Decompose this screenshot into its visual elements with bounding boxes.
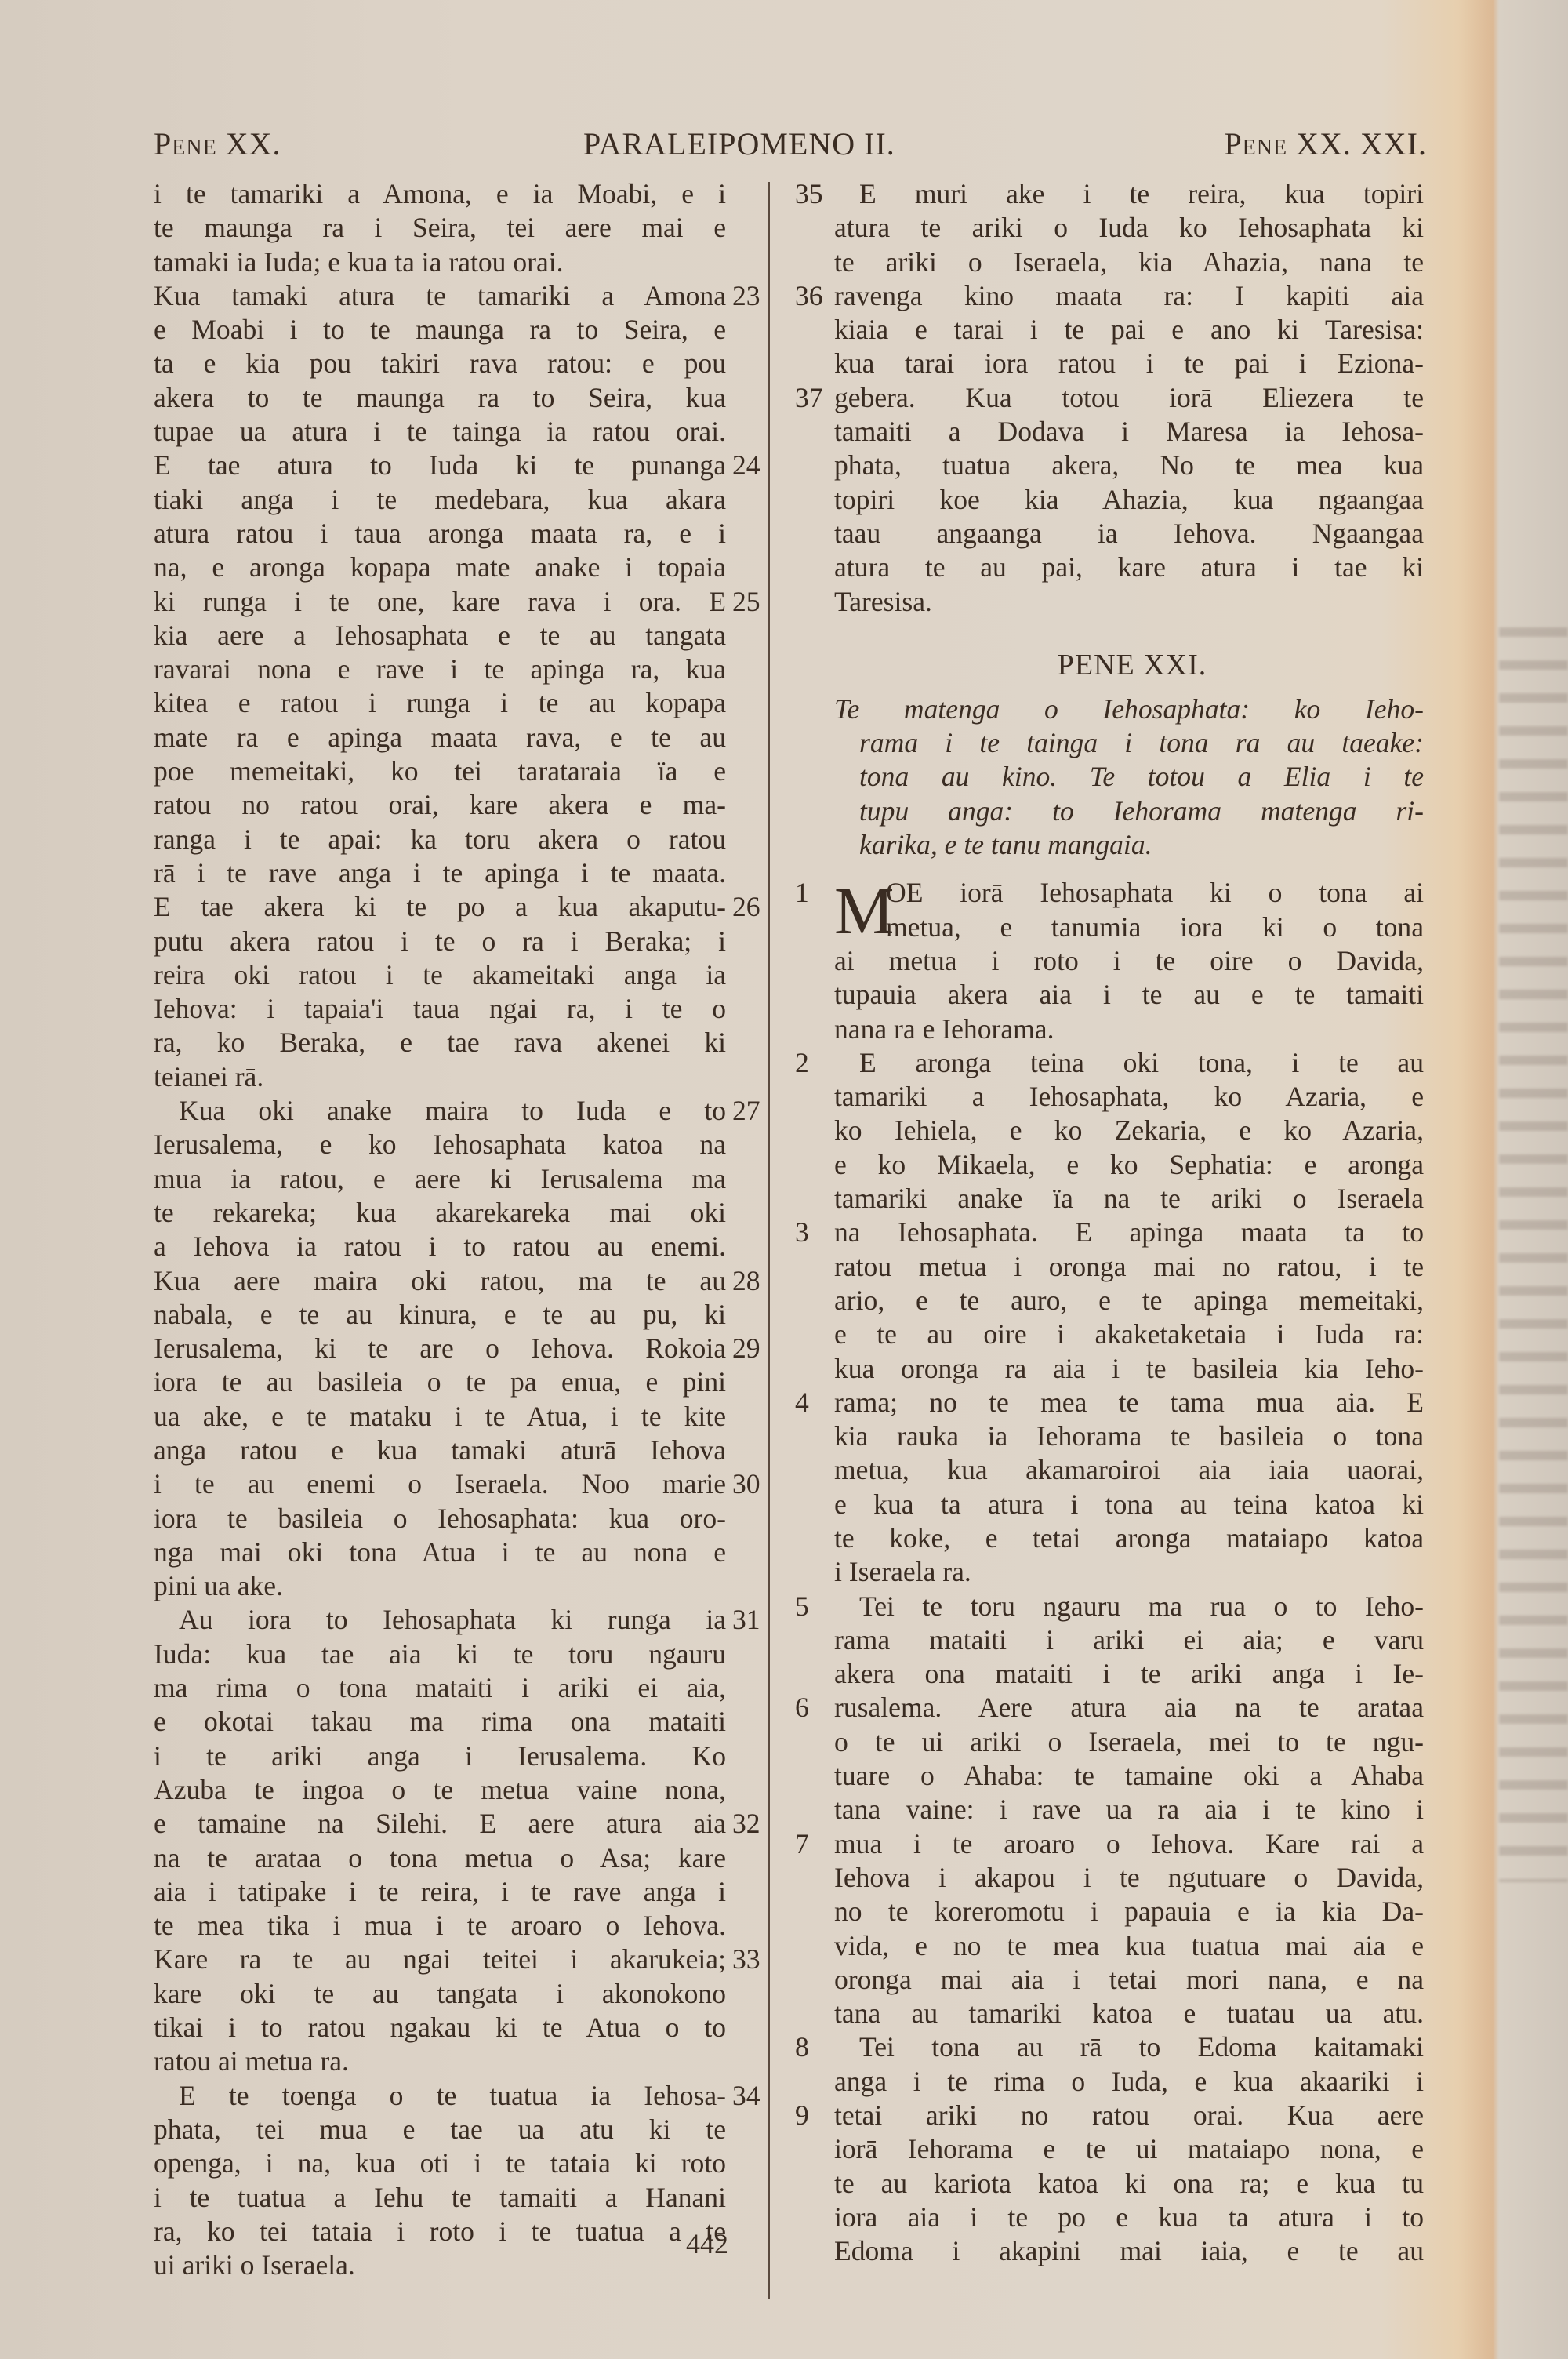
line-text: atura te ariki o Iuda ko Iehosaphata ki [834,211,1424,245]
verse-number: 9 [795,2099,809,2132]
text-line: mua i te aroaro o Iehova. Kare rai a7 [787,1827,1430,1861]
text-line: ranga i te apai: ka toru akera o ratou [154,823,781,856]
verse-number: 33 [732,1943,760,1976]
text-line: te koke, e tetai aronga mataiapo katoa [787,1521,1430,1555]
text-line: ko Iehiela, e ko Zekaria, e ko Azaria, [787,1114,1430,1147]
verse-number: 2 [795,1046,809,1080]
line-text: te maunga ra i Seira, tei aere mai e [154,211,726,245]
right-column: E muri ake i te reira, kua topiri35atura… [787,177,1430,2269]
text-line: Iehova: i tapaia'i taua ngai ra, i te o [154,992,781,1026]
text-line: Azuba te ingoa o te metua vaine nona, [154,1773,781,1807]
summary-line: karika, e te tanu mangaia. [834,828,1424,862]
chapter-20-conclusion: E muri ake i te reira, kua topiri35atura… [787,177,1430,619]
text-line: metua, kua akamaroiroi aia iaia uaorai, [787,1453,1430,1487]
text-line: a Iehova ia ratou i to ratou au enemi. [154,1230,781,1263]
verse-number: 37 [795,381,823,415]
text-line: ravenga kino maata ra: I kapiti aia36 [787,279,1430,313]
line-text: aia i tatipake i te reira, i te rave ang… [154,1875,726,1909]
line-text: ua ake, e te mataku i te Atua, i te kite [154,1400,726,1434]
line-text: metua, kua akamaroiroi aia iaia uaorai, [834,1453,1424,1487]
verse-number: 28 [732,1264,760,1298]
line-text: tikai i to ratou ngakau ki te Atua o to [154,2011,726,2045]
text-line: e kua ta atura i tona au teina katoa ki [787,1488,1430,1521]
text-line: nabala, e te au kinura, e te au pu, ki [154,1298,781,1332]
text-line: phata, tuatua akera, No te mea kua [787,449,1430,482]
book-page: Pene XX. PARALEIPOMENO II. Pene XX. XXI.… [0,0,1568,2359]
verse-number: 32 [732,1807,760,1841]
line-text: e ko Mikaela, e ko Sephatia: e aronga [834,1148,1424,1182]
text-line: o te ui ariki o Iseraela, mei to te ngu- [787,1725,1430,1759]
text-line: te ariki o Iseraela, kia Ahazia, nana te [787,245,1430,279]
line-text: i te tamariki a Amona, e ia Moabi, e i [154,177,726,211]
verse-number: 26 [732,890,760,924]
running-head: Pene XX. PARALEIPOMENO II. Pene XX. XXI. [154,125,1427,165]
text-line: Edoma i akapini mai iaia, e te au [787,2234,1430,2268]
text-line: tana vaine: i rave ua ra aia i te kino i [787,1793,1430,1826]
line-text: nabala, e te au kinura, e te au pu, ki [154,1298,726,1332]
text-line: poe memeitaki, ko tei tarataraia ïa e [154,754,781,788]
line-text: Iehova i akapou i te ngutuare o Davida, [834,1861,1424,1895]
line-text: ai metua i roto i te oire o Davida, [834,944,1424,978]
summary-line: tupu anga: to Iehorama matenga ri- [834,794,1424,828]
line-text: e Moabi i to te maunga ra to Seira, e [154,313,726,347]
line-text: na, e aronga kopapa mate anake i topaia [154,551,726,584]
text-line: Iuda: kua tae aia ki te toru ngauru [154,1637,781,1671]
text-line: nga mai oki tona Atua i te au nona e [154,1536,781,1569]
text-line: Ierusalema, ki te are o Iehova. Rokoia29 [154,1332,781,1365]
text-line: Kua oki anake maira to Iuda e to27 [154,1094,781,1128]
line-text: tiaki anga i te medebara, kua akara [154,483,726,517]
text-line: openga, i na, kua oti i te tataia ki rot… [154,2146,781,2180]
text-line: iora te au basileia o te pa enua, e pini [154,1365,781,1399]
text-line: tamaiti a Dodava i Maresa ia Iehosa- [787,415,1430,449]
line-text: iora te au basileia o te pa enua, e pini [154,1365,726,1399]
text-line: atura te ariki o Iuda ko Iehosaphata ki [787,211,1430,245]
text-line: te maunga ra i Seira, tei aere mai e [154,211,781,245]
verse-number: 3 [795,1216,809,1249]
text-line: tamariki a Iehosaphata, ko Azaria, e [787,1080,1430,1114]
text-line: Iehova i akapou i te ngutuare o Davida, [787,1861,1430,1895]
text-line: iora aia i te po e kua ta atura i to [787,2201,1430,2234]
text-line: akera to te maunga ra to Seira, kua [154,381,781,415]
verse-number: 24 [732,449,760,482]
text-line: kua oronga ra aia i te basileia kia Ieho… [787,1352,1430,1386]
text-line: te rekareka; kua akarekareka mai oki [154,1196,781,1230]
text-line: ra, ko Beraka, e tae rava akenei ki [154,1026,781,1060]
line-text: e te au oire i akaketaketaia i Iuda ra: [834,1318,1424,1351]
line-text: tetai ariki no ratou orai. Kua aere [834,2099,1424,2132]
text-line: Tei tona au rā to Edoma kaitamaki8 [787,2030,1430,2064]
line-text: topiri koe kia Ahazia, kua ngaangaa [834,483,1424,517]
line-text: phata, tuatua akera, No te mea kua [834,449,1424,482]
text-line: rama mataiti i ariki ei aia; e varu [787,1623,1430,1657]
text-line: tupauia akera aia i te au e te tamaiti [787,978,1430,1012]
line-text: E tae akera ki te po a kua akaputu- [154,890,726,924]
verse-number: 31 [732,1603,760,1637]
line-text: tamariki anake ïa na te ariki o Iseraela [834,1182,1424,1216]
line-text: te ariki o Iseraela, kia Ahazia, nana te [834,245,1424,279]
line-text: OE iorā Iehosaphata ki o tona ai [834,876,1424,910]
line-text: ko Iehiela, e ko Zekaria, e ko Azaria, [834,1114,1424,1147]
text-line: i te au enemi o Iseraela. Noo marie30 [154,1467,781,1501]
line-text: Kua tamaki atura te tamariki a Amona [154,279,726,313]
line-text: gebera. Kua totou iorā Eliezera te [834,381,1424,415]
line-text: Ierusalema, ki te are o Iehova. Rokoia [154,1332,726,1365]
line-text: tupae ua atura i te tainga ia ratou orai… [154,415,726,449]
text-line: ta e kia pou takiri rava ratou: e pou [154,347,781,380]
line-text: ratou metua i oronga mai no ratou, i te [834,1250,1424,1284]
text-line: topiri koe kia Ahazia, kua ngaangaa [787,483,1430,517]
verse-number: 25 [732,585,760,619]
text-line: te mea tika i mua i te aroaro o Iehova. [154,1909,781,1943]
text-line: ratou metua i oronga mai no ratou, i te [787,1250,1430,1284]
line-text: ta e kia pou takiri rava ratou: e pou [154,347,726,380]
line-text: phata, tei mua e tae ua atu ki te [154,2113,726,2146]
text-line: tamariki anake ïa na te ariki o Iseraela [787,1182,1430,1216]
line-text: ravenga kino maata ra: I kapiti aia [834,279,1424,313]
text-line: e te au oire i akaketaketaia i Iuda ra: [787,1318,1430,1351]
line-text: kua oronga ra aia i te basileia kia Ieho… [834,1352,1424,1386]
line-text: atura te au pai, kare atura i tae ki [834,551,1424,584]
text-line: pini ua ake. [154,1569,781,1603]
line-text: kare oki te au tangata i akonokono [154,1977,726,2011]
text-line: ravarai nona e rave i te apinga ra, kua [154,652,781,686]
line-text: te koke, e tetai aronga mataiapo katoa [834,1521,1424,1555]
line-text: ratou no ratou orai, kare akera e ma- [154,788,726,822]
line-text: tamaiti a Dodava i Maresa ia Iehosa- [834,415,1424,449]
line-text: rama; no te mea te tama mua aia. E [834,1386,1424,1419]
text-line: Au iora to Iehosaphata ki runga ia31 [154,1603,781,1637]
line-text: Kua aere maira oki ratou, ma te au [154,1264,726,1298]
line-text: rama mataiti i ariki ei aia; e varu [834,1623,1424,1657]
line-text: reira oki ratou i te akameitaki anga ia [154,958,726,992]
text-line: ai metua i roto i te oire o Davida, [787,944,1430,978]
text-line: ua ake, e te mataku i te Atua, i te kite [154,1400,781,1434]
line-text: ario, e te auro, e te apinga memeitaki, [834,1284,1424,1318]
text-line: Tei te toru ngauru ma rua o to Ieho-5 [787,1590,1430,1623]
left-column: i te tamariki a Amona, e ia Moabi, e ite… [154,177,781,2282]
line-text: Kare ra te au ngai teitei i akarukeia; [154,1943,726,1976]
line-text: o te ui ariki o Iseraela, mei to te ngu- [834,1725,1424,1759]
line-text: ui ariki o Iseraela. [154,2248,726,2282]
text-line: i te tamariki a Amona, e ia Moabi, e i [154,177,781,211]
line-text: te au kariota katoa ki ona ra; e kua tu [834,2167,1424,2201]
text-line: teianei rā. [154,1060,781,1094]
text-line: rusalema. Aere atura aia na te arataa6 [787,1691,1430,1725]
line-text: kia aere a Iehosaphata e te au tangata [154,619,726,652]
line-text: anga i te rima o Iuda, e kua akaariki i [834,2065,1424,2099]
text-line: aia i tatipake i te reira, i te rave ang… [154,1875,781,1909]
verse-number: 27 [732,1094,760,1128]
line-text: e kua ta atura i tona au teina katoa ki [834,1488,1424,1521]
line-text: ratou ai metua ra. [154,2045,726,2078]
line-text: no te koreromotu i papauia e ia kia Da- [834,1895,1424,1928]
verse-number: 34 [732,2079,760,2113]
text-line: tamaki ia Iuda; e kua ta ia ratou orai. [154,245,781,279]
text-line: i te tuatua a Iehu te tamaiti a Hanani [154,2181,781,2215]
line-text: iora aia i te po e kua ta atura i to [834,2201,1424,2234]
text-line: mate ra e apinga maata rava, e te au [154,721,781,754]
text-line: no te koreromotu i papauia e ia kia Da- [787,1895,1430,1928]
line-text: e tamaine na Silehi. E aere atura aia [154,1807,726,1841]
text-line: ario, e te auro, e te apinga memeitaki, [787,1284,1430,1318]
line-text: i te au enemi o Iseraela. Noo marie [154,1467,726,1501]
text-line: i Iseraela ra. [787,1555,1430,1589]
line-text: metua, e tanumia iora ki o tona [834,911,1424,944]
line-text: kiaia e tarai i te pai e ano ki Taresisa… [834,313,1424,347]
line-text: atura ratou i taua aronga maata ra, e i [154,517,726,551]
verse-number: 23 [732,279,760,313]
line-text: iora te basileia o Iehosaphata: kua oro- [154,1502,726,1536]
facing-page-edge [1499,627,1568,1882]
line-text: teianei rā. [154,1060,726,1094]
text-line: tuare o Ahaba: te tamaine oki a Ahaba [787,1759,1430,1793]
text-line: metua, e tanumia iora ki o tona [787,911,1430,944]
text-line: vida, e no te mea kua tuatua mai aia e [787,1929,1430,1963]
line-text: te rekareka; kua akarekareka mai oki [154,1196,726,1230]
verse-number: 7 [795,1827,809,1861]
line-text: e okotai takau ma rima ona mataiti [154,1705,726,1739]
text-line: E muri ake i te reira, kua topiri35 [787,177,1430,211]
line-text: Iuda: kua tae aia ki te toru ngauru [154,1637,726,1671]
text-line: kitea e ratou i runga i te au kopapa [154,686,781,720]
chapter-summary: Te matenga o Iehosaphata: ko Ieho-rama i… [834,692,1424,862]
line-text: ma rima o tona mataiti i ariki ei aia, [154,1671,726,1705]
line-text: Ierusalema, e ko Iehosaphata katoa na [154,1128,726,1161]
line-text: akera ona mataiti i te ariki anga i Ie- [834,1657,1424,1691]
text-line: rama; no te mea te tama mua aia. E4 [787,1386,1430,1419]
line-text: Taresisa. [834,585,1424,619]
text-line: e okotai takau ma rima ona mataiti [154,1705,781,1739]
line-text: Tei tona au rā to Edoma kaitamaki [834,2030,1424,2064]
line-text: tana au tamariki katoa e tuatau ua atu. [834,1997,1424,2030]
summary-line: rama i te tainga i tona ra au taeake: [834,726,1424,760]
line-text: nga mai oki tona Atua i te au nona e [154,1536,726,1569]
text-line: iorā Iehorama e te ui mataiapo nona, e [787,2132,1430,2166]
text-line: atura ratou i taua aronga maata ra, e i [154,517,781,551]
text-line: Kua tamaki atura te tamariki a Amona23 [154,279,781,313]
text-line: putu akera ratou i te o ra i Beraka; i [154,925,781,958]
line-text: ranga i te apai: ka toru akera o ratou [154,823,726,856]
text-line: phata, tei mua e tae ua atu ki te [154,2113,781,2146]
line-text: kitea e ratou i runga i te au kopapa [154,686,726,720]
line-text: tana vaine: i rave ua ra aia i te kino i [834,1793,1424,1826]
text-line: reira oki ratou i te akameitaki anga ia [154,958,781,992]
text-line: na, e aronga kopapa mate anake i topaia [154,551,781,584]
text-line: e ko Mikaela, e ko Sephatia: e aronga [787,1148,1430,1182]
line-text: oronga mai aia i tetai mori nana, e na [834,1963,1424,1997]
line-text: i Iseraela ra. [834,1555,1424,1589]
line-text: rā i te rave anga i te apinga i te maata… [154,856,726,890]
line-text: rusalema. Aere atura aia na te arataa [834,1691,1424,1725]
running-head-left: Pene XX. [154,125,281,162]
line-text: pini ua ake. [154,1569,726,1603]
text-line: E aronga teina oki tona, i te au2 [787,1046,1430,1080]
line-text: nana ra e Iehorama. [834,1012,1424,1046]
text-line: i te ariki anga i Ierusalema. Ko [154,1739,781,1773]
line-text: E muri ake i te reira, kua topiri [834,177,1424,211]
line-text: na te arataa o tona metua o Asa; kare [154,1841,726,1875]
chapter-21-text: OE iorā Iehosaphata ki o tona ai1Mmetua,… [787,876,1430,2268]
text-line: kia aere a Iehosaphata e te au tangata [154,619,781,652]
text-line: ratou ai metua ra. [154,2045,781,2078]
text-line: te au kariota katoa ki ona ra; e kua tu [787,2167,1430,2201]
text-line: e Moabi i to te maunga ra to Seira, e [154,313,781,347]
line-text: tamaki ia Iuda; e kua ta ia ratou orai. [154,245,726,279]
line-text: ki runga i te one, kare rava i ora. E [154,585,726,619]
line-text: E te toenga o te tuatua ia Iehosa- [154,2079,726,2113]
line-text: na Iehosaphata. E apinga maata ta to [834,1216,1424,1249]
text-line: iora te basileia o Iehosaphata: kua oro- [154,1502,781,1536]
text-line: taau angaanga ia Iehova. Ngaangaa [787,517,1430,551]
line-text: vida, e no te mea kua tuatua mai aia e [834,1929,1424,1963]
text-line: na Iehosaphata. E apinga maata ta to3 [787,1216,1430,1249]
line-text: mua i te aroaro o Iehova. Kare rai a [834,1827,1424,1861]
line-text: i te tuatua a Iehu te tamaiti a Hanani [154,2181,726,2215]
text-line: tiaki anga i te medebara, kua akara [154,483,781,517]
line-text: tupauia akera aia i te au e te tamaiti [834,978,1424,1012]
line-text: mua ia ratou, e aere ki Ierusalema ma [154,1162,726,1196]
line-text: openga, i na, kua oti i te tataia ki rot… [154,2146,726,2180]
line-text: ravarai nona e rave i te apinga ra, kua [154,652,726,686]
text-line: rā i te rave anga i te apinga i te maata… [154,856,781,890]
text-line: kare oki te au tangata i akonokono [154,1977,781,2011]
text-line: atura te au pai, kare atura i tae ki [787,551,1430,584]
line-text: a Iehova ia ratou i to ratou au enemi. [154,1230,726,1263]
text-line: mua ia ratou, e aere ki Ierusalema ma [154,1162,781,1196]
summary-line: Te matenga o Iehosaphata: ko Ieho- [834,692,1424,726]
line-text: anga ratou e kua tamaki aturā Iehova [154,1434,726,1467]
line-text: tuare o Ahaba: te tamaine oki a Ahaba [834,1759,1424,1793]
text-line: kiaia e tarai i te pai e ano ki Taresisa… [787,313,1430,347]
line-text: kua tarai iora ratou i te pai i Eziona- [834,347,1424,380]
text-line: tana au tamariki katoa e tuatau ua atu. [787,1997,1430,2030]
line-text: ra, ko Beraka, e tae rava akenei ki [154,1026,726,1060]
line-text: Azuba te ingoa o te metua vaine nona, [154,1773,726,1807]
text-line: kua tarai iora ratou i te pai i Eziona- [787,347,1430,380]
verse-number: 4 [795,1386,809,1419]
line-text: Edoma i akapini mai iaia, e te au [834,2234,1424,2268]
text-line: OE iorā Iehosaphata ki o tona ai1M [787,876,1430,910]
line-text: Iehova: i tapaia'i taua ngai ra, i te o [154,992,726,1026]
line-text: Tei te toru ngauru ma rua o to Ieho- [834,1590,1424,1623]
text-line: oronga mai aia i tetai mori nana, e na [787,1963,1430,1997]
line-text: E aronga teina oki tona, i te au [834,1046,1424,1080]
text-line: Kare ra te au ngai teitei i akarukeia;33 [154,1943,781,1976]
text-line: anga i te rima o Iuda, e kua akaariki i [787,2065,1430,2099]
text-line: tetai ariki no ratou orai. Kua aere9 [787,2099,1430,2132]
line-text: E tae atura to Iuda ki te punanga [154,449,726,482]
text-line: e tamaine na Silehi. E aere atura aia32 [154,1807,781,1841]
text-line: na te arataa o tona metua o Asa; kare [154,1841,781,1875]
text-line: nana ra e Iehorama. [787,1012,1430,1046]
text-line: E tae akera ki te po a kua akaputu-26 [154,890,781,924]
line-text: kia rauka ia Iehorama te basileia o tona [834,1419,1424,1453]
summary-line: tona au kino. Te totou a Elia i te [834,760,1424,794]
text-line: tikai i to ratou ngakau ki te Atua o to [154,2011,781,2045]
text-line: ma rima o tona mataiti i ariki ei aia, [154,1671,781,1705]
text-line: gebera. Kua totou iorā Eliezera te37 [787,381,1430,415]
line-text: ra, ko tei tataia i roto i te tuatua a t… [154,2215,726,2248]
line-text: Au iora to Iehosaphata ki runga ia [154,1603,726,1637]
line-text: putu akera ratou i te o ra i Beraka; i [154,925,726,958]
line-text: i te ariki anga i Ierusalema. Ko [154,1739,726,1773]
text-line: Ierusalema, e ko Iehosaphata katoa na [154,1128,781,1161]
verse-number: 1 [795,876,809,910]
text-line: Taresisa. [787,585,1430,619]
line-text: mate ra e apinga maata rava, e te au [154,721,726,754]
verse-number: 35 [795,177,823,211]
line-text: Kua oki anake maira to Iuda e to [154,1094,726,1128]
text-line: ki runga i te one, kare rava i ora. E25 [154,585,781,619]
line-text: taau angaanga ia Iehova. Ngaangaa [834,517,1424,551]
verse-number: 29 [732,1332,760,1365]
chapter-heading: PENE XXI. [834,638,1430,692]
running-head-title: PARALEIPOMENO II. [583,125,895,162]
page-number: 442 [686,2227,728,2260]
running-head-right: Pene XX. XXI. [1224,125,1427,162]
text-line: E te toenga o te tuatua ia Iehosa-34 [154,2079,781,2113]
text-line: akera ona mataiti i te ariki anga i Ie- [787,1657,1430,1691]
verse-number: 30 [732,1467,760,1501]
text-line: E tae atura to Iuda ki te punanga24 [154,449,781,482]
line-text: tamariki a Iehosaphata, ko Azaria, e [834,1080,1424,1114]
text-line: tupae ua atura i te tainga ia ratou orai… [154,415,781,449]
text-line: kia rauka ia Iehorama te basileia o tona [787,1419,1430,1453]
verse-number: 8 [795,2030,809,2064]
text-line: anga ratou e kua tamaki aturā Iehova [154,1434,781,1467]
verse-number: 36 [795,279,823,313]
line-text: poe memeitaki, ko tei tarataraia ïa e [154,754,726,788]
line-text: iorā Iehorama e te ui mataiapo nona, e [834,2132,1424,2166]
line-text: te mea tika i mua i te aroaro o Iehova. [154,1909,726,1943]
verse-number: 6 [795,1691,809,1725]
text-line: Kua aere maira oki ratou, ma te au28 [154,1264,781,1298]
text-line: ratou no ratou orai, kare akera e ma- [154,788,781,822]
verse-number: 5 [795,1590,809,1623]
line-text: akera to te maunga ra to Seira, kua [154,381,726,415]
